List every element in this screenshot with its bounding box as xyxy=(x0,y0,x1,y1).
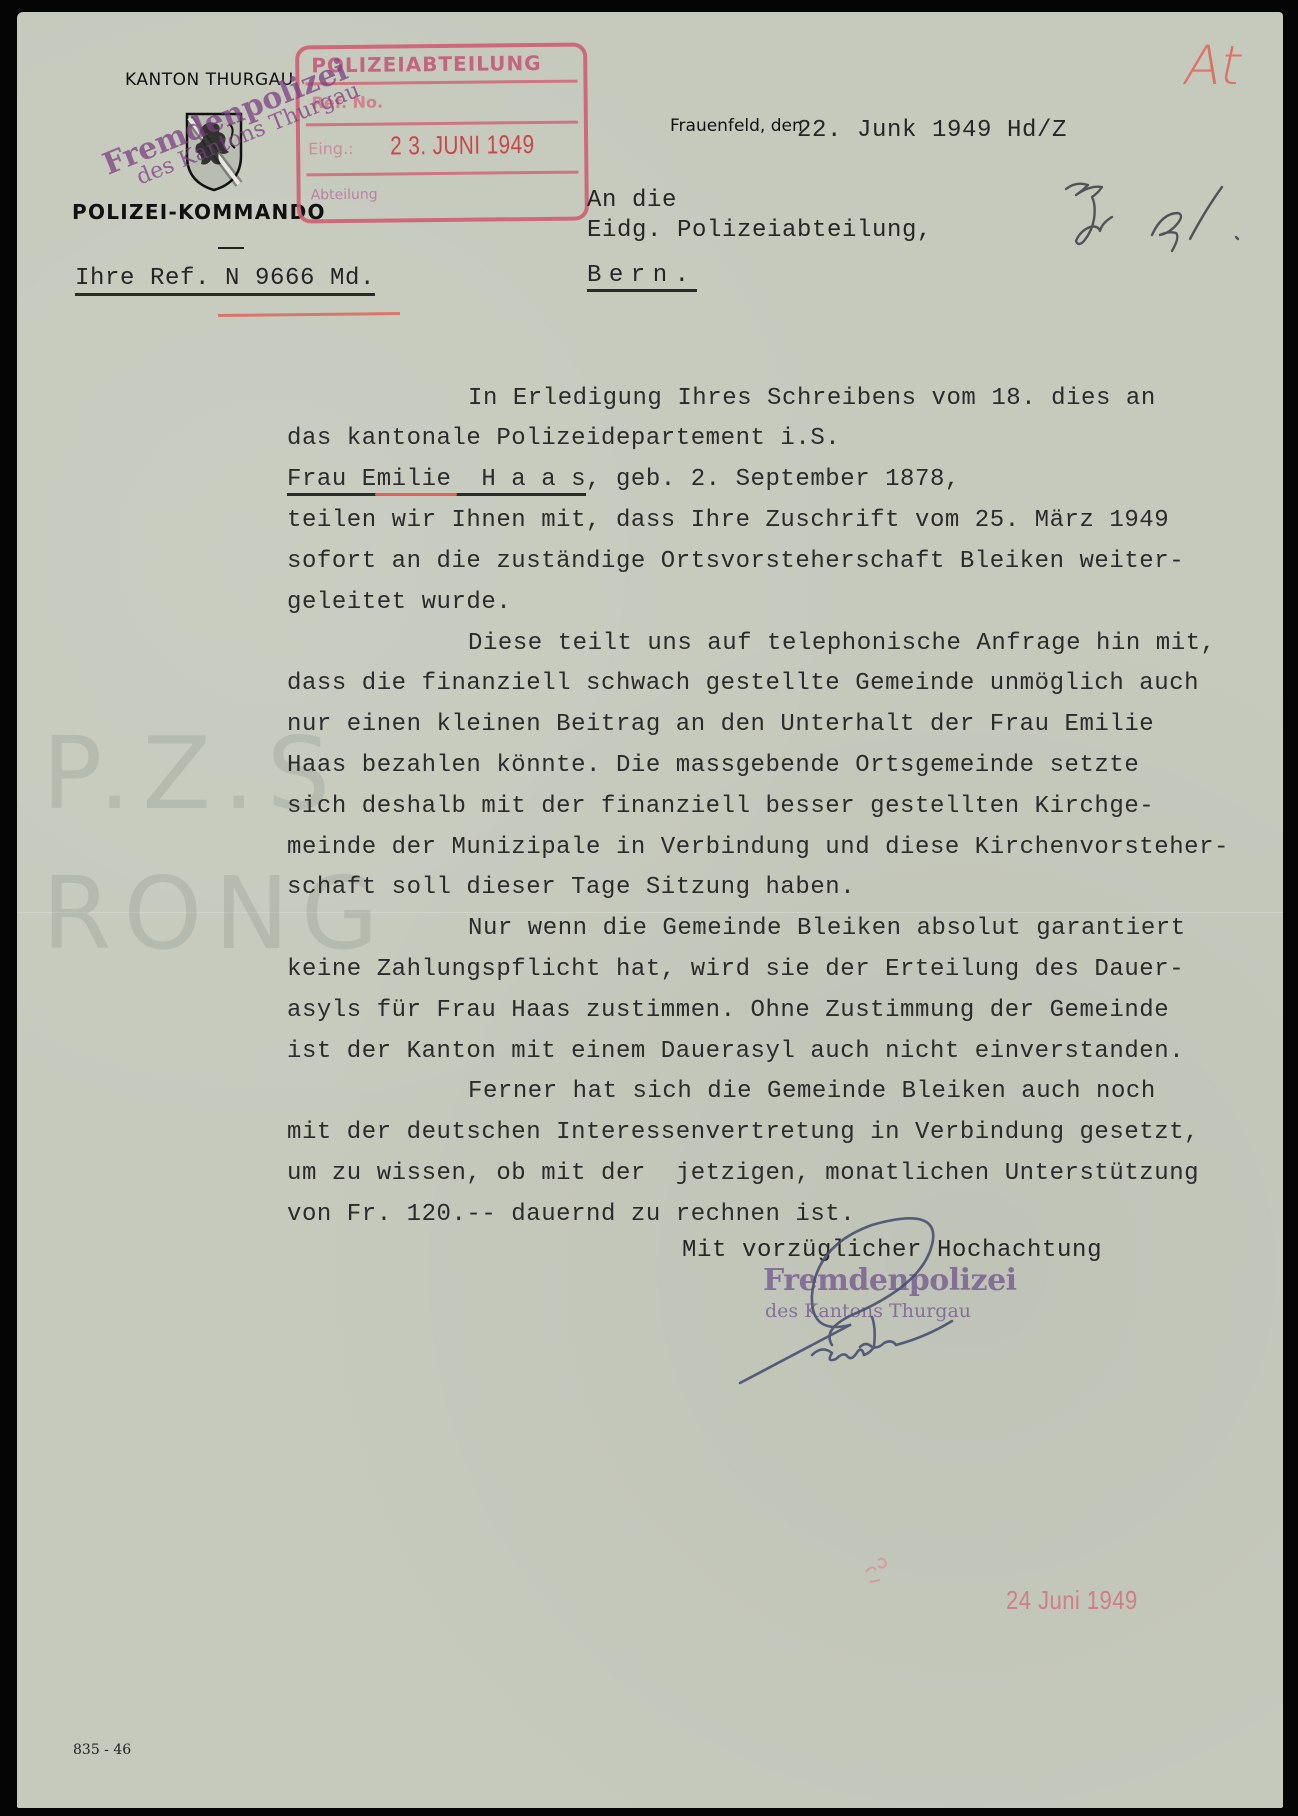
body-line: schaft soll dieser Tage Sitzung haben. xyxy=(287,874,855,901)
stamp-section: Abteilung xyxy=(311,187,378,204)
reference-number: Ihre Ref. N 9666 Md. xyxy=(75,265,375,296)
body-line: In Erledigung Ihres Schreibens vom 18. d… xyxy=(468,385,1156,412)
signature-icon xyxy=(730,1225,990,1395)
subject-birth: , geb. 2. September 1878, xyxy=(586,466,960,493)
body-line: Diese teilt uns auf telephonische Anfrag… xyxy=(468,630,1216,657)
letter-date: 22. Junk 1949 Hd/Z xyxy=(797,117,1067,144)
ghost-text-lower: RONG xyxy=(42,855,391,972)
body-line: keine Zahlungspflicht hat, wird sie der … xyxy=(287,956,1184,983)
body-line: nur einen kleinen Beitrag an den Unterha… xyxy=(287,711,1154,738)
body-line: sofort an die zuständige Ortsvorstehersc… xyxy=(287,548,1184,575)
body-line: teilen wir Ihnen mit, dass Ihre Zuschrif… xyxy=(287,507,1169,534)
body-line: von Fr. 120.-- dauernd zu rechnen ist. xyxy=(287,1201,855,1228)
body-line: das kantonale Polizeidepartement i.S. xyxy=(287,425,840,452)
body-line: ist der Kanton mit einem Dauerasyl auch … xyxy=(287,1038,1184,1065)
body-line: Frau Emilie H a a s, geb. 2. September 1… xyxy=(287,466,960,493)
bottom-date-stamp: 24 Juni 1949 xyxy=(1006,1585,1138,1616)
recipient-line2: Eidg. Polizeiabteilung, xyxy=(587,217,932,244)
body-line: dass die finanziell schwach gestellte Ge… xyxy=(287,670,1199,697)
form-number: 835 - 46 xyxy=(73,1742,131,1758)
handwritten-note-icon xyxy=(1060,175,1260,275)
recipient-line1: An die xyxy=(587,187,677,214)
stamp-date: 2 3. JUNI 1949 xyxy=(390,129,535,162)
body-line: meinde der Munizipale in Verbindung und … xyxy=(287,834,1229,861)
body-line: asyls für Frau Haas zustimmen. Ohne Zust… xyxy=(287,997,1169,1024)
body-line: sich deshalb mit der finanziell besser g… xyxy=(287,793,1154,820)
faint-stamp-mark-icon xyxy=(860,1550,900,1590)
body-line: geleitet wurde. xyxy=(287,589,511,616)
recipient-city: Bern. xyxy=(587,262,697,292)
body-line: um zu wissen, ob mit der jetzigen, monat… xyxy=(287,1160,1199,1187)
letterhead-divider xyxy=(218,247,244,249)
subject-name: Frau Emilie H a a s xyxy=(287,466,586,496)
red-pencil-underline-name xyxy=(375,493,457,496)
stamp-eing-label: Eing.: xyxy=(308,139,354,158)
body-line: Haas bezahlen könnte. Die massgebende Or… xyxy=(287,752,1139,779)
stamp-rule xyxy=(306,121,578,127)
stamp-rule xyxy=(306,171,578,177)
department-name: POLIZEI-KOMMANDO xyxy=(72,200,326,224)
body-line: mit der deutschen Interessenvertretung i… xyxy=(287,1119,1199,1146)
place-label: Frauenfeld, den xyxy=(670,116,803,136)
body-line: Nur wenn die Gemeinde Bleiken absolut ga… xyxy=(468,915,1186,942)
body-line: Ferner hat sich die Gemeinde Bleiken auc… xyxy=(468,1078,1156,1105)
